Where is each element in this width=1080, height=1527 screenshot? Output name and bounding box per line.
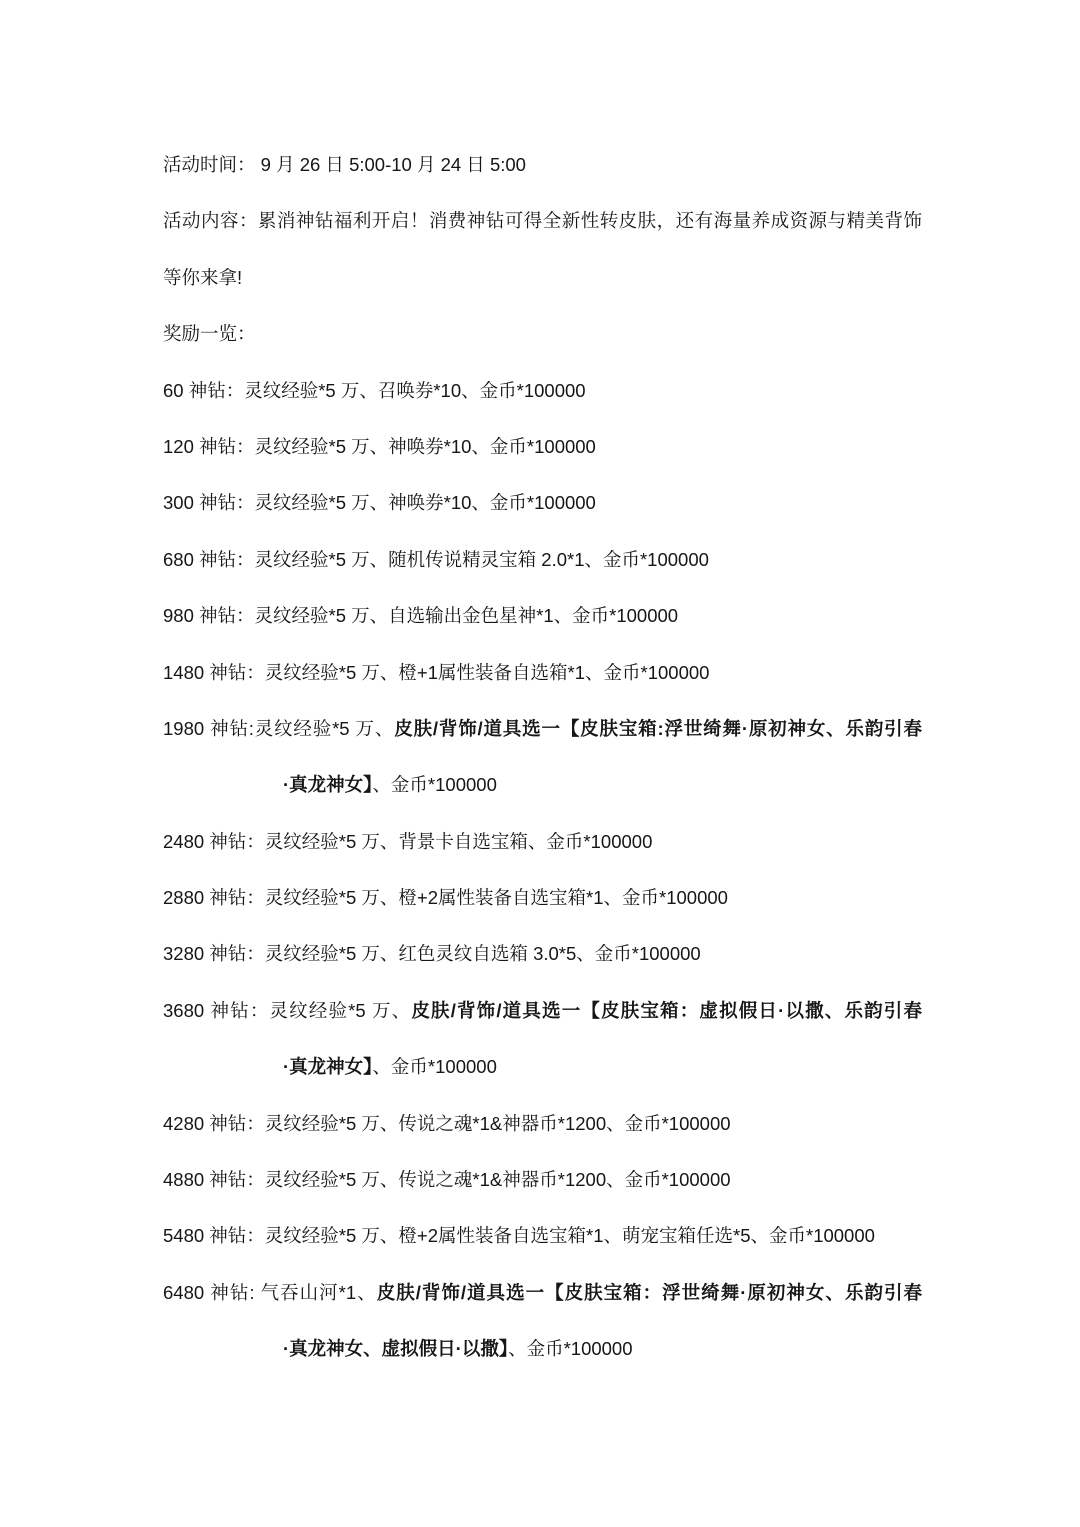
document-line: 2480 神钻：灵纹经验*5 万、背景卡自选宝箱、金币*100000 [163, 814, 922, 870]
document-line: 1980 神钻:灵纹经验*5 万、皮肤/背饰/道具选一【皮肤宝箱:浮世绮舞·原初… [163, 701, 922, 757]
document-line: 活动内容：累消神钻福利开启！消费神钻可得全新性转皮肤，还有海量养成资源与精美背饰 [163, 193, 922, 249]
text-segment: 、金币*100000 [372, 774, 496, 795]
bold-text-segment: ·真龙神女】 [283, 774, 372, 795]
document-line: 680 神钻：灵纹经验*5 万、随机传说精灵宝箱 2.0*1、金币*100000 [163, 532, 922, 588]
text-segment: 980 神钻：灵纹经验*5 万、自选输出金色星神*1、金币*100000 [163, 605, 678, 626]
document-line: 等你来拿! [163, 250, 922, 306]
document-line: 奖励一览： [163, 306, 922, 362]
bold-text-segment: ·真龙神女、虚拟假日·以撒】 [283, 1338, 508, 1359]
document-line: 300 神钻：灵纹经验*5 万、神唤券*10、金币*100000 [163, 475, 922, 531]
bold-text-segment: 皮肤/背饰/道具选一【皮肤宝箱：虚拟假日·以撒、乐韵引春 [411, 1000, 922, 1021]
document-line: ·真龙神女】、金币*100000 [163, 1039, 922, 1095]
text-segment: 等你来拿! [163, 267, 242, 288]
document-line: ·真龙神女】、金币*100000 [163, 757, 922, 813]
text-segment: 4280 神钻：灵纹经验*5 万、传说之魂*1&神器币*1200、金币*1000… [163, 1113, 731, 1134]
text-segment: 活动时间： 9 月 26 日 5:00-10 月 24 日 5:00 [163, 154, 526, 175]
text-segment: 300 神钻：灵纹经验*5 万、神唤券*10、金币*100000 [163, 492, 596, 513]
text-segment: 4880 神钻：灵纹经验*5 万、传说之魂*1&神器币*1200、金币*1000… [163, 1169, 731, 1190]
document-line: 4280 神钻：灵纹经验*5 万、传说之魂*1&神器币*1200、金币*1000… [163, 1096, 922, 1152]
document-line: 6480 神钻: 气吞山河*1、皮肤/背饰/道具选一【皮肤宝箱：浮世绮舞·原初神… [163, 1265, 922, 1321]
bold-text-segment: ·真龙神女】 [283, 1056, 372, 1077]
text-segment: 活动内容：累消神钻福利开启！消费神钻可得全新性转皮肤，还有海量养成资源与精美背饰 [163, 210, 922, 231]
text-segment: 2880 神钻：灵纹经验*5 万、橙+2属性装备自选宝箱*1、金币*100000 [163, 887, 728, 908]
bold-text-segment: 皮肤/背饰/道具选一【皮肤宝箱：浮世绮舞·原初神女、乐韵引春 [377, 1282, 922, 1303]
document-line: 980 神钻：灵纹经验*5 万、自选输出金色星神*1、金币*100000 [163, 588, 922, 644]
text-segment: 3280 神钻：灵纹经验*5 万、红色灵纹自选箱 3.0*5、金币*100000 [163, 943, 701, 964]
text-segment: 3680 神钻：灵纹经验*5 万、 [163, 1000, 411, 1021]
document-line: 60 神钻：灵纹经验*5 万、召唤券*10、金币*100000 [163, 363, 922, 419]
document-line: 2880 神钻：灵纹经验*5 万、橙+2属性装备自选宝箱*1、金币*100000 [163, 870, 922, 926]
document-body: 活动时间： 9 月 26 日 5:00-10 月 24 日 5:00活动内容：累… [0, 0, 1080, 1378]
document-line: 1480 神钻：灵纹经验*5 万、橙+1属性装备自选箱*1、金币*100000 [163, 645, 922, 701]
text-segment: 奖励一览： [163, 323, 256, 344]
document-line: ·真龙神女、虚拟假日·以撒】、金币*100000 [163, 1321, 922, 1377]
text-segment: 60 神钻：灵纹经验*5 万、召唤券*10、金币*100000 [163, 380, 586, 401]
text-segment: 1980 神钻:灵纹经验*5 万、 [163, 718, 394, 739]
text-segment: 6480 神钻: 气吞山河*1、 [163, 1282, 377, 1303]
document-line: 3680 神钻：灵纹经验*5 万、皮肤/背饰/道具选一【皮肤宝箱：虚拟假日·以撒… [163, 983, 922, 1039]
text-segment: 1480 神钻：灵纹经验*5 万、橙+1属性装备自选箱*1、金币*100000 [163, 662, 709, 683]
bold-text-segment: 皮肤/背饰/道具选一【皮肤宝箱:浮世绮舞·原初神女、乐韵引春 [394, 718, 922, 739]
text-segment: 、金币*100000 [508, 1338, 632, 1359]
document-line: 3280 神钻：灵纹经验*5 万、红色灵纹自选箱 3.0*5、金币*100000 [163, 926, 922, 982]
document-line: 5480 神钻：灵纹经验*5 万、橙+2属性装备自选宝箱*1、萌宠宝箱任选*5、… [163, 1208, 922, 1264]
text-segment: 、金币*100000 [372, 1056, 496, 1077]
text-segment: 120 神钻：灵纹经验*5 万、神唤券*10、金币*100000 [163, 436, 596, 457]
text-segment: 5480 神钻：灵纹经验*5 万、橙+2属性装备自选宝箱*1、萌宠宝箱任选*5、… [163, 1225, 875, 1246]
document-line: 4880 神钻：灵纹经验*5 万、传说之魂*1&神器币*1200、金币*1000… [163, 1152, 922, 1208]
text-segment: 2480 神钻：灵纹经验*5 万、背景卡自选宝箱、金币*100000 [163, 831, 652, 852]
document-line: 120 神钻：灵纹经验*5 万、神唤券*10、金币*100000 [163, 419, 922, 475]
text-segment: 680 神钻：灵纹经验*5 万、随机传说精灵宝箱 2.0*1、金币*100000 [163, 549, 709, 570]
document-line: 活动时间： 9 月 26 日 5:00-10 月 24 日 5:00 [163, 137, 922, 193]
